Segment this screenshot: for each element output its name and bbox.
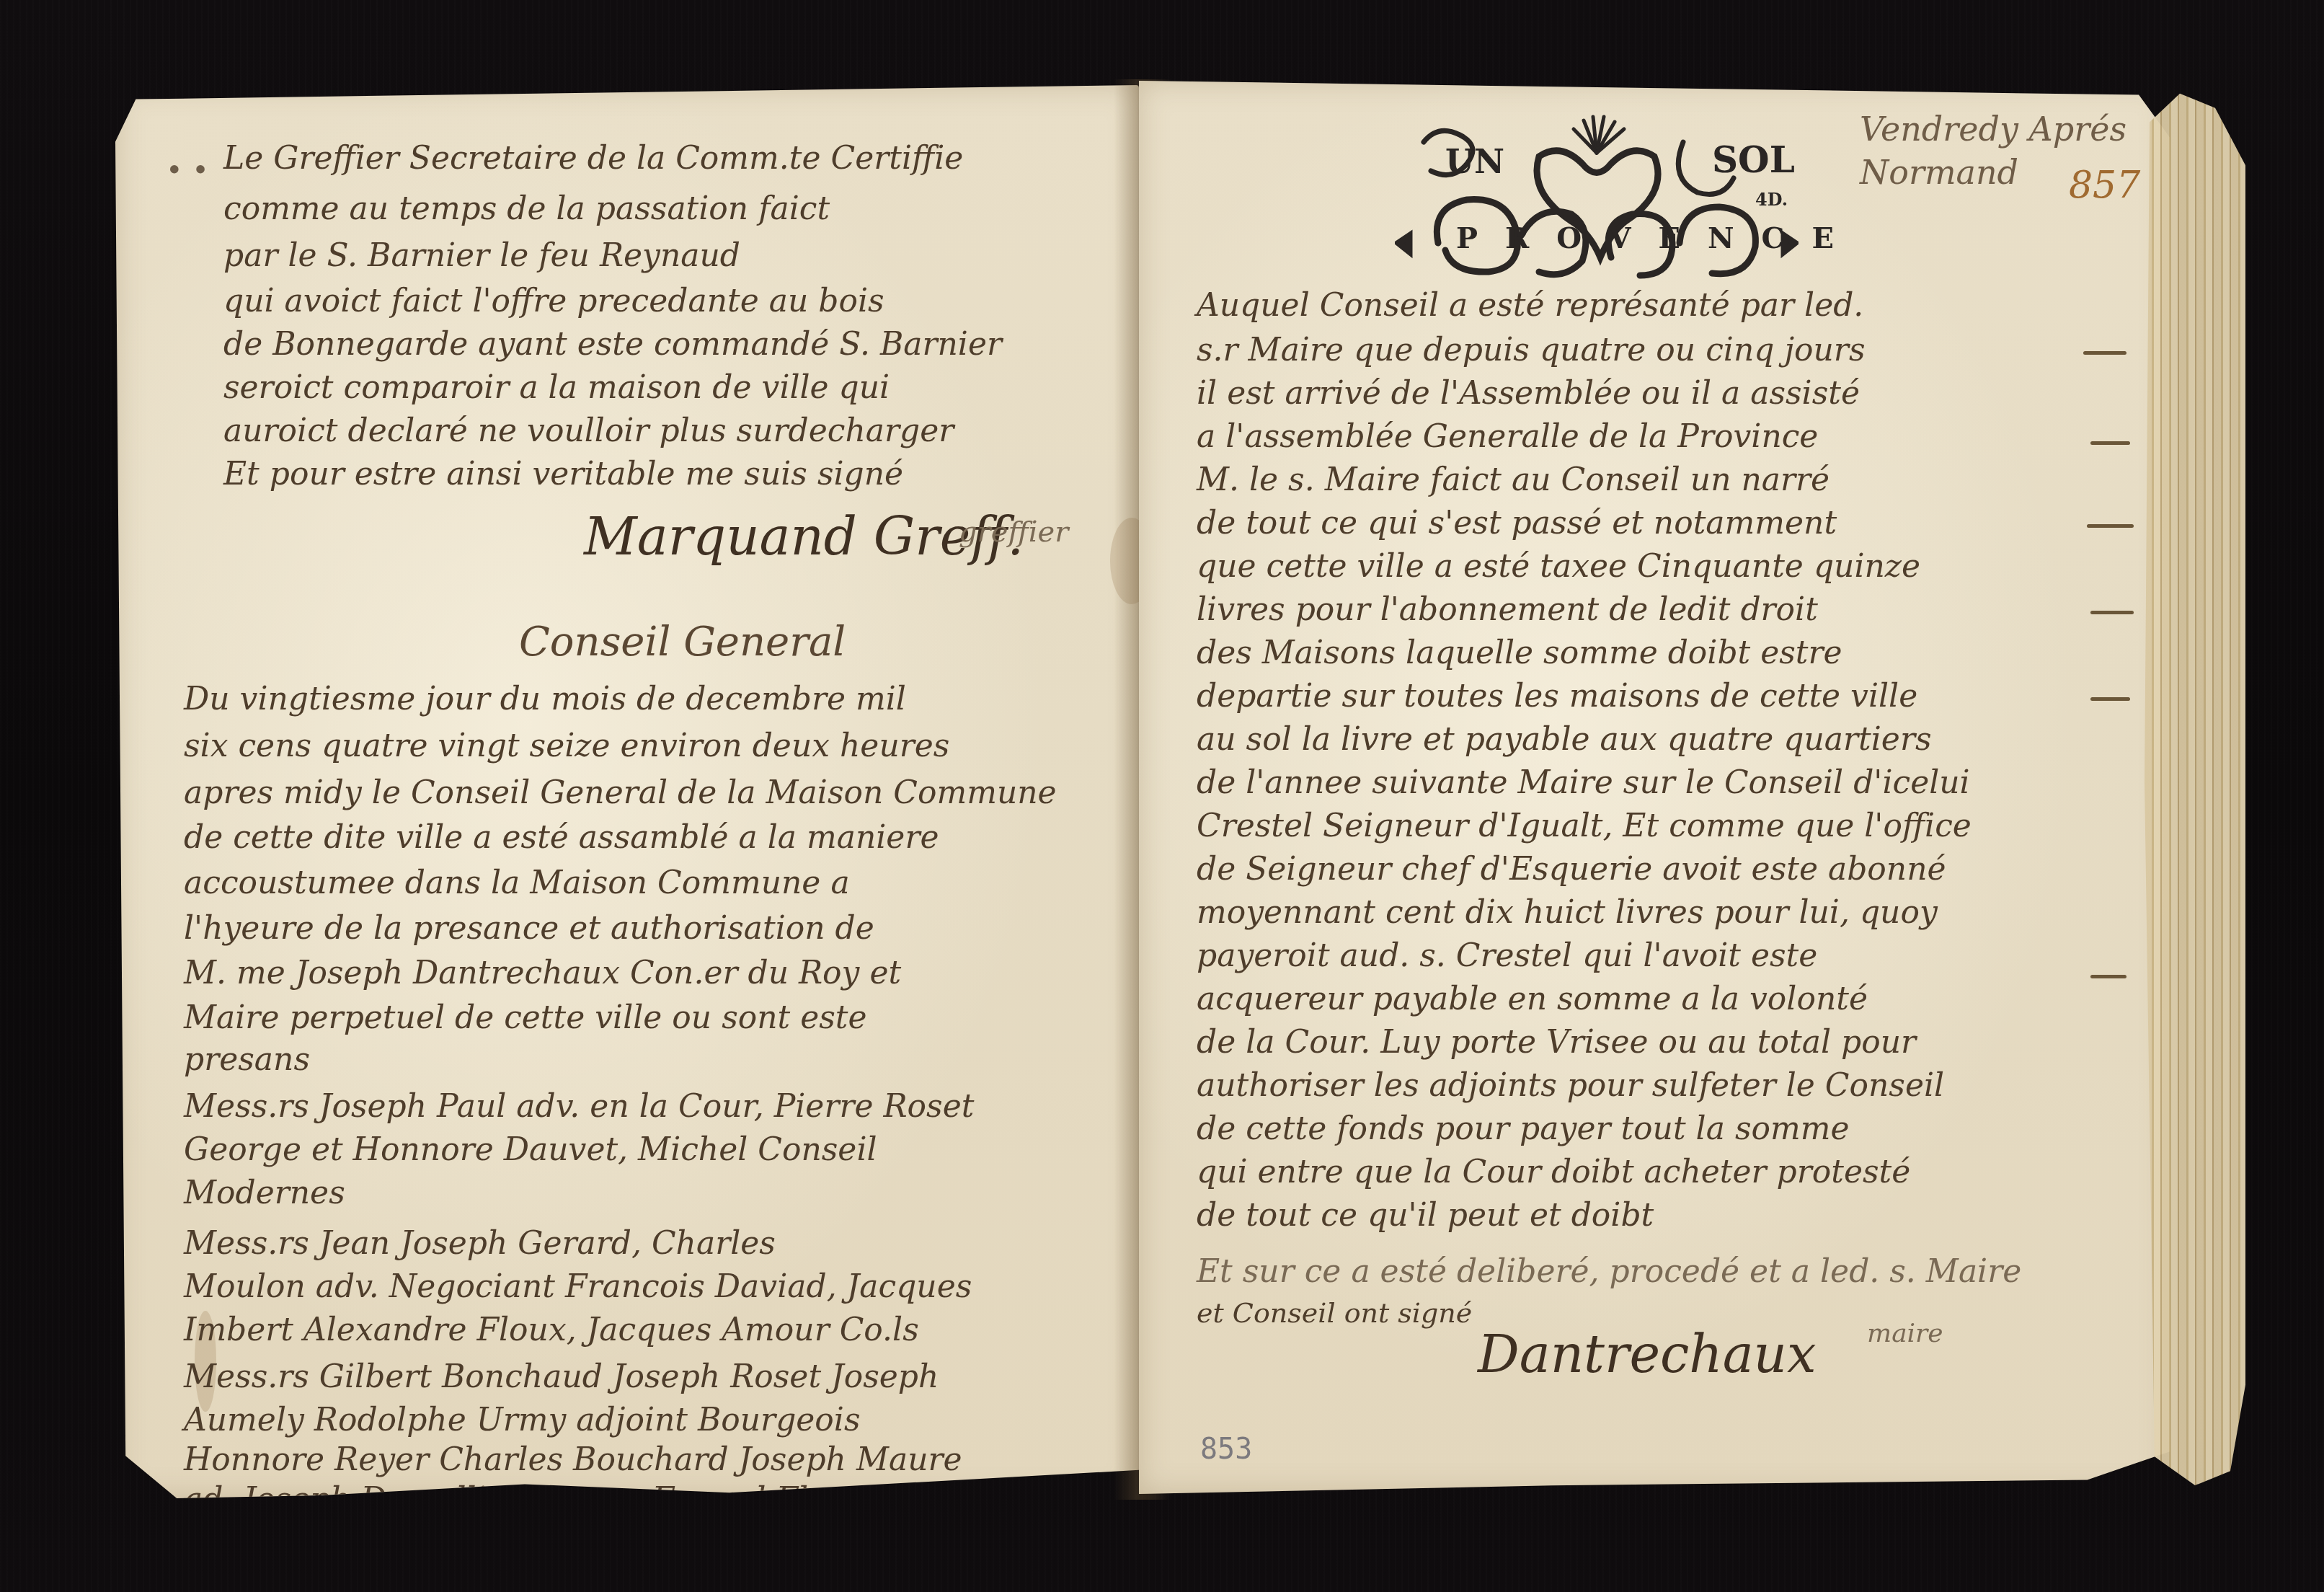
line-filler-dash [2090, 611, 2134, 614]
text-line: authoriser les adjoints pour sulfeter le… [1197, 1070, 1944, 1102]
text-line: M. le s. Maire faict au Conseil un narré [1197, 464, 1830, 496]
text-line: de tout ce qui s'est passé et notamment [1197, 508, 1837, 539]
folio-number: 857 [2069, 164, 2140, 207]
right-page: UN SOL 4D. PROVENCE Vendredy Aprés Norma… [1139, 81, 2170, 1494]
pencil-page-number: 853 [1200, 1433, 1252, 1466]
text-line: de cette dite ville a esté assamblé a la… [184, 822, 939, 854]
text-line: departie sur toutes les maisons de cette… [1197, 681, 1917, 712]
text-line: au sol la livre et payable aux quatre qu… [1197, 724, 1932, 756]
stamp-text-provence: PROVENCE [1456, 221, 1861, 255]
line-filler-dash [2083, 351, 2126, 355]
attendee-line: Mess.rs Joseph Paul adv. en la Cour, Pie… [184, 1091, 974, 1123]
left-page: • • Le Greffier Secretaire de la Comm.te… [115, 85, 1139, 1498]
text-line: Et sur ce a esté deliberé, procedé et a … [1197, 1256, 2021, 1288]
text-line: et Conseil ont signé [1197, 1299, 1472, 1327]
text-line: des Maisons laquelle somme doibt estre [1197, 637, 1842, 669]
text-line: Et pour estre ainsi veritable me suis si… [223, 459, 903, 490]
mayor-signature: Dantrechaux [1478, 1328, 1817, 1380]
text-line: de la Cour. Luy porte Vrisee ou au total… [1197, 1027, 1916, 1058]
attendee-line: George et Honnore Dauvet, Michel Conseil [184, 1134, 877, 1166]
attendee-line: Mess.rs Gilbert Bonchaud Joseph Roset Jo… [184, 1361, 939, 1393]
text-line: qui avoict faict l'offre precedante au b… [223, 286, 884, 317]
line-filler-dash [2087, 524, 2134, 528]
text-line: six cens quatre vingt seize environ deux… [184, 730, 949, 762]
attendee-line: Imbert Alexandre Floux, Jacques Amour Co… [184, 1314, 919, 1346]
stamp-text-sol: SOL [1712, 138, 1795, 181]
line-filler-dash [2090, 697, 2130, 701]
greffier-signature: Marquand Greff. [584, 510, 1024, 562]
attendee-line: Modernes [184, 1177, 345, 1209]
text-line: l'hyeure de la presance et authorisation… [184, 913, 874, 945]
text-line: acquereur payable en somme a la volonté [1197, 983, 1868, 1015]
signature-note: greffier [959, 518, 1068, 547]
text-line: Le Greffier Secretaire de la Comm.te Cer… [223, 143, 963, 174]
text-line: de Seigneur chef d'Esquerie avoit este a… [1197, 854, 1946, 885]
stamp-text-denier: 4D. [1755, 189, 1788, 210]
text-line: de tout ce qu'il peut et doibt [1197, 1200, 1654, 1231]
text-line: il est arrivé de l'Assemblée ou il a ass… [1197, 378, 1860, 410]
line-filler-dash [2090, 975, 2126, 978]
text-line: Maire perpetuel de cette ville ou sont e… [184, 1002, 867, 1034]
text-line: de Bonnegarde ayant este commandé S. Bar… [223, 329, 1002, 361]
text-line: a l'assemblée Generalle de la Province [1197, 421, 1818, 453]
text-line: auroict declaré ne voulloir plus surdech… [223, 415, 954, 447]
section-heading: Conseil General [519, 622, 846, 663]
text-line: presans [184, 1044, 310, 1076]
line-filler-dash [2090, 441, 2130, 445]
text-line: qui entre que la Cour doibt acheter prot… [1197, 1157, 1910, 1188]
attendee-line: Mess.rs Jean Joseph Gerard, Charles [184, 1228, 776, 1260]
text-line: de l'annee suivante Maire sur le Conseil… [1197, 767, 1970, 799]
text-line: comme au temps de la passation faict [223, 193, 830, 225]
attendee-line: Aumely Rodolphe Urmy adjoint Bourgeois [184, 1405, 861, 1436]
text-line: payeroit aud. s. Crestel qui l'avoit est… [1197, 940, 1817, 972]
book-fore-edge [2145, 65, 2245, 1500]
attendee-line: Moulon adv. Negociant Francois Daviad, J… [184, 1271, 972, 1303]
text-line: de cette fonds pour payer tout la somme [1197, 1113, 1849, 1145]
text-line: seroict comparoir a la maison de ville q… [223, 372, 890, 404]
text-line: apres midy le Conseil General de la Mais… [184, 777, 1057, 809]
text-line: que cette ville a esté taxee Cinquante q… [1197, 551, 1920, 583]
text-line: M. me Joseph Dantrechaux Con.er du Roy e… [184, 958, 901, 989]
stamp-text-un: UN [1445, 142, 1504, 181]
mayor-title: maire [1867, 1321, 1943, 1347]
text-line: Auquel Conseil a esté représanté par led… [1197, 290, 1863, 322]
margin-note-name: Normand [1860, 153, 2018, 192]
text-line: s.r Maire que depuis quatre ou cinq jour… [1197, 335, 1865, 366]
text-line: livres pour l'abonnement de ledit droit [1197, 594, 1818, 626]
margin-note-date: Vendredy Aprés [1860, 110, 2126, 149]
attendee-line: Honnore Reyer Charles Bouchard Joseph Ma… [184, 1444, 962, 1476]
margin-dots: • • [166, 154, 209, 187]
text-line: par le S. Barnier le feu Reynaud [223, 240, 740, 272]
text-line: Du vingtiesme jour du mois de decembre m… [184, 684, 906, 715]
text-line: accoustumee dans la Maison Commune a [184, 867, 850, 899]
tax-stamp: UN SOL 4D. PROVENCE [1395, 113, 1799, 286]
text-line: moyennant cent dix huict livres pour lui… [1197, 897, 1938, 929]
text-line: Crestel Seigneur d'Igualt, Et comme que … [1197, 810, 1972, 842]
